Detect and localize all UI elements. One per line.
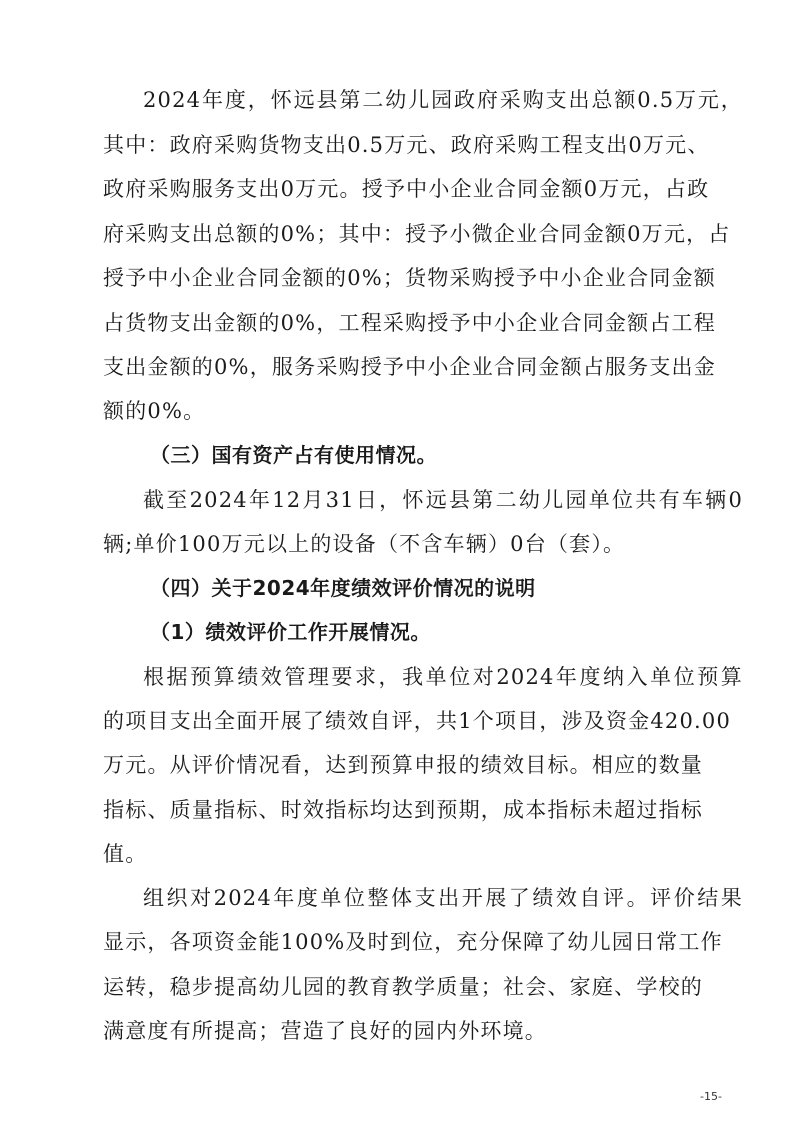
paragraph-procurement-line-7: 支出金额的0%，服务采购授予中小企业合同金额占服务支出金 bbox=[103, 355, 703, 379]
paragraph-assets-line-1: 截至2024年12月31日，怀远县第二幼儿园单位共有车辆0 bbox=[143, 488, 743, 512]
paragraph-overall-line-2: 显示，各项资金能100%及时到位，充分保障了幼儿园日常工作 bbox=[103, 930, 703, 954]
paragraph-procurement-line-5: 授予中小企业合同金额的0%；货物采购授予中小企业合同金额 bbox=[103, 266, 703, 290]
section-heading-performance-evaluation: （四）关于2024年度绩效评价情况的说明 bbox=[150, 576, 750, 600]
paragraph-procurement-line-8: 额的0%。 bbox=[103, 399, 703, 423]
paragraph-evaluation-line-3: 万元。从评价情况看，达到预算申报的绩效目标。相应的数量 bbox=[103, 753, 703, 777]
paragraph-procurement-line-2: 其中：政府采购货物支出0.5万元、政府采购工程支出0万元、 bbox=[103, 133, 703, 157]
paragraph-evaluation-line-1: 根据预算绩效管理要求，我单位对2024年度纳入单位预算 bbox=[143, 665, 743, 689]
section-heading-state-assets: （三）国有资产占有使用情况。 bbox=[150, 443, 750, 467]
paragraph-overall-line-3: 运转，稳步提高幼儿园的教育教学质量；社会、家庭、学校的 bbox=[103, 975, 703, 999]
paragraph-overall-line-1: 组织对2024年度单位整体支出开展了绩效自评。评价结果 bbox=[143, 886, 743, 910]
paragraph-evaluation-line-2: 的项目支出全面开展了绩效自评，共1个项目，涉及资金420.00 bbox=[103, 709, 703, 733]
paragraph-assets-line-2: 辆;单价100万元以上的设备（不含车辆）0台（套）。 bbox=[103, 532, 703, 556]
paragraph-procurement-line-4: 府采购支出总额的0%；其中：授予小微企业合同金额0万元，占 bbox=[103, 222, 703, 246]
subheading-evaluation-work: （1）绩效评价工作开展情况。 bbox=[150, 620, 750, 644]
paragraph-procurement-line-1: 2024年度，怀远县第二幼儿园政府采购支出总额0.5万元， bbox=[143, 88, 743, 112]
paragraph-evaluation-line-4: 指标、质量指标、时效指标均达到预期，成本指标未超过指标 bbox=[103, 798, 703, 822]
document-page: 2024年度，怀远县第二幼儿园政府采购支出总额0.5万元， 其中：政府采购货物支… bbox=[0, 0, 793, 1122]
paragraph-procurement-line-3: 政府采购服务支出0万元。授予中小企业合同金额0万元，占政 bbox=[103, 177, 703, 201]
paragraph-evaluation-line-5: 值。 bbox=[103, 842, 703, 866]
paragraph-procurement-line-6: 占货物支出金额的0%，工程采购授予中小企业合同金额占工程 bbox=[103, 311, 703, 335]
page-number: -15- bbox=[700, 1090, 722, 1103]
paragraph-overall-line-4: 满意度有所提高；营造了良好的园内外环境。 bbox=[103, 1019, 703, 1043]
